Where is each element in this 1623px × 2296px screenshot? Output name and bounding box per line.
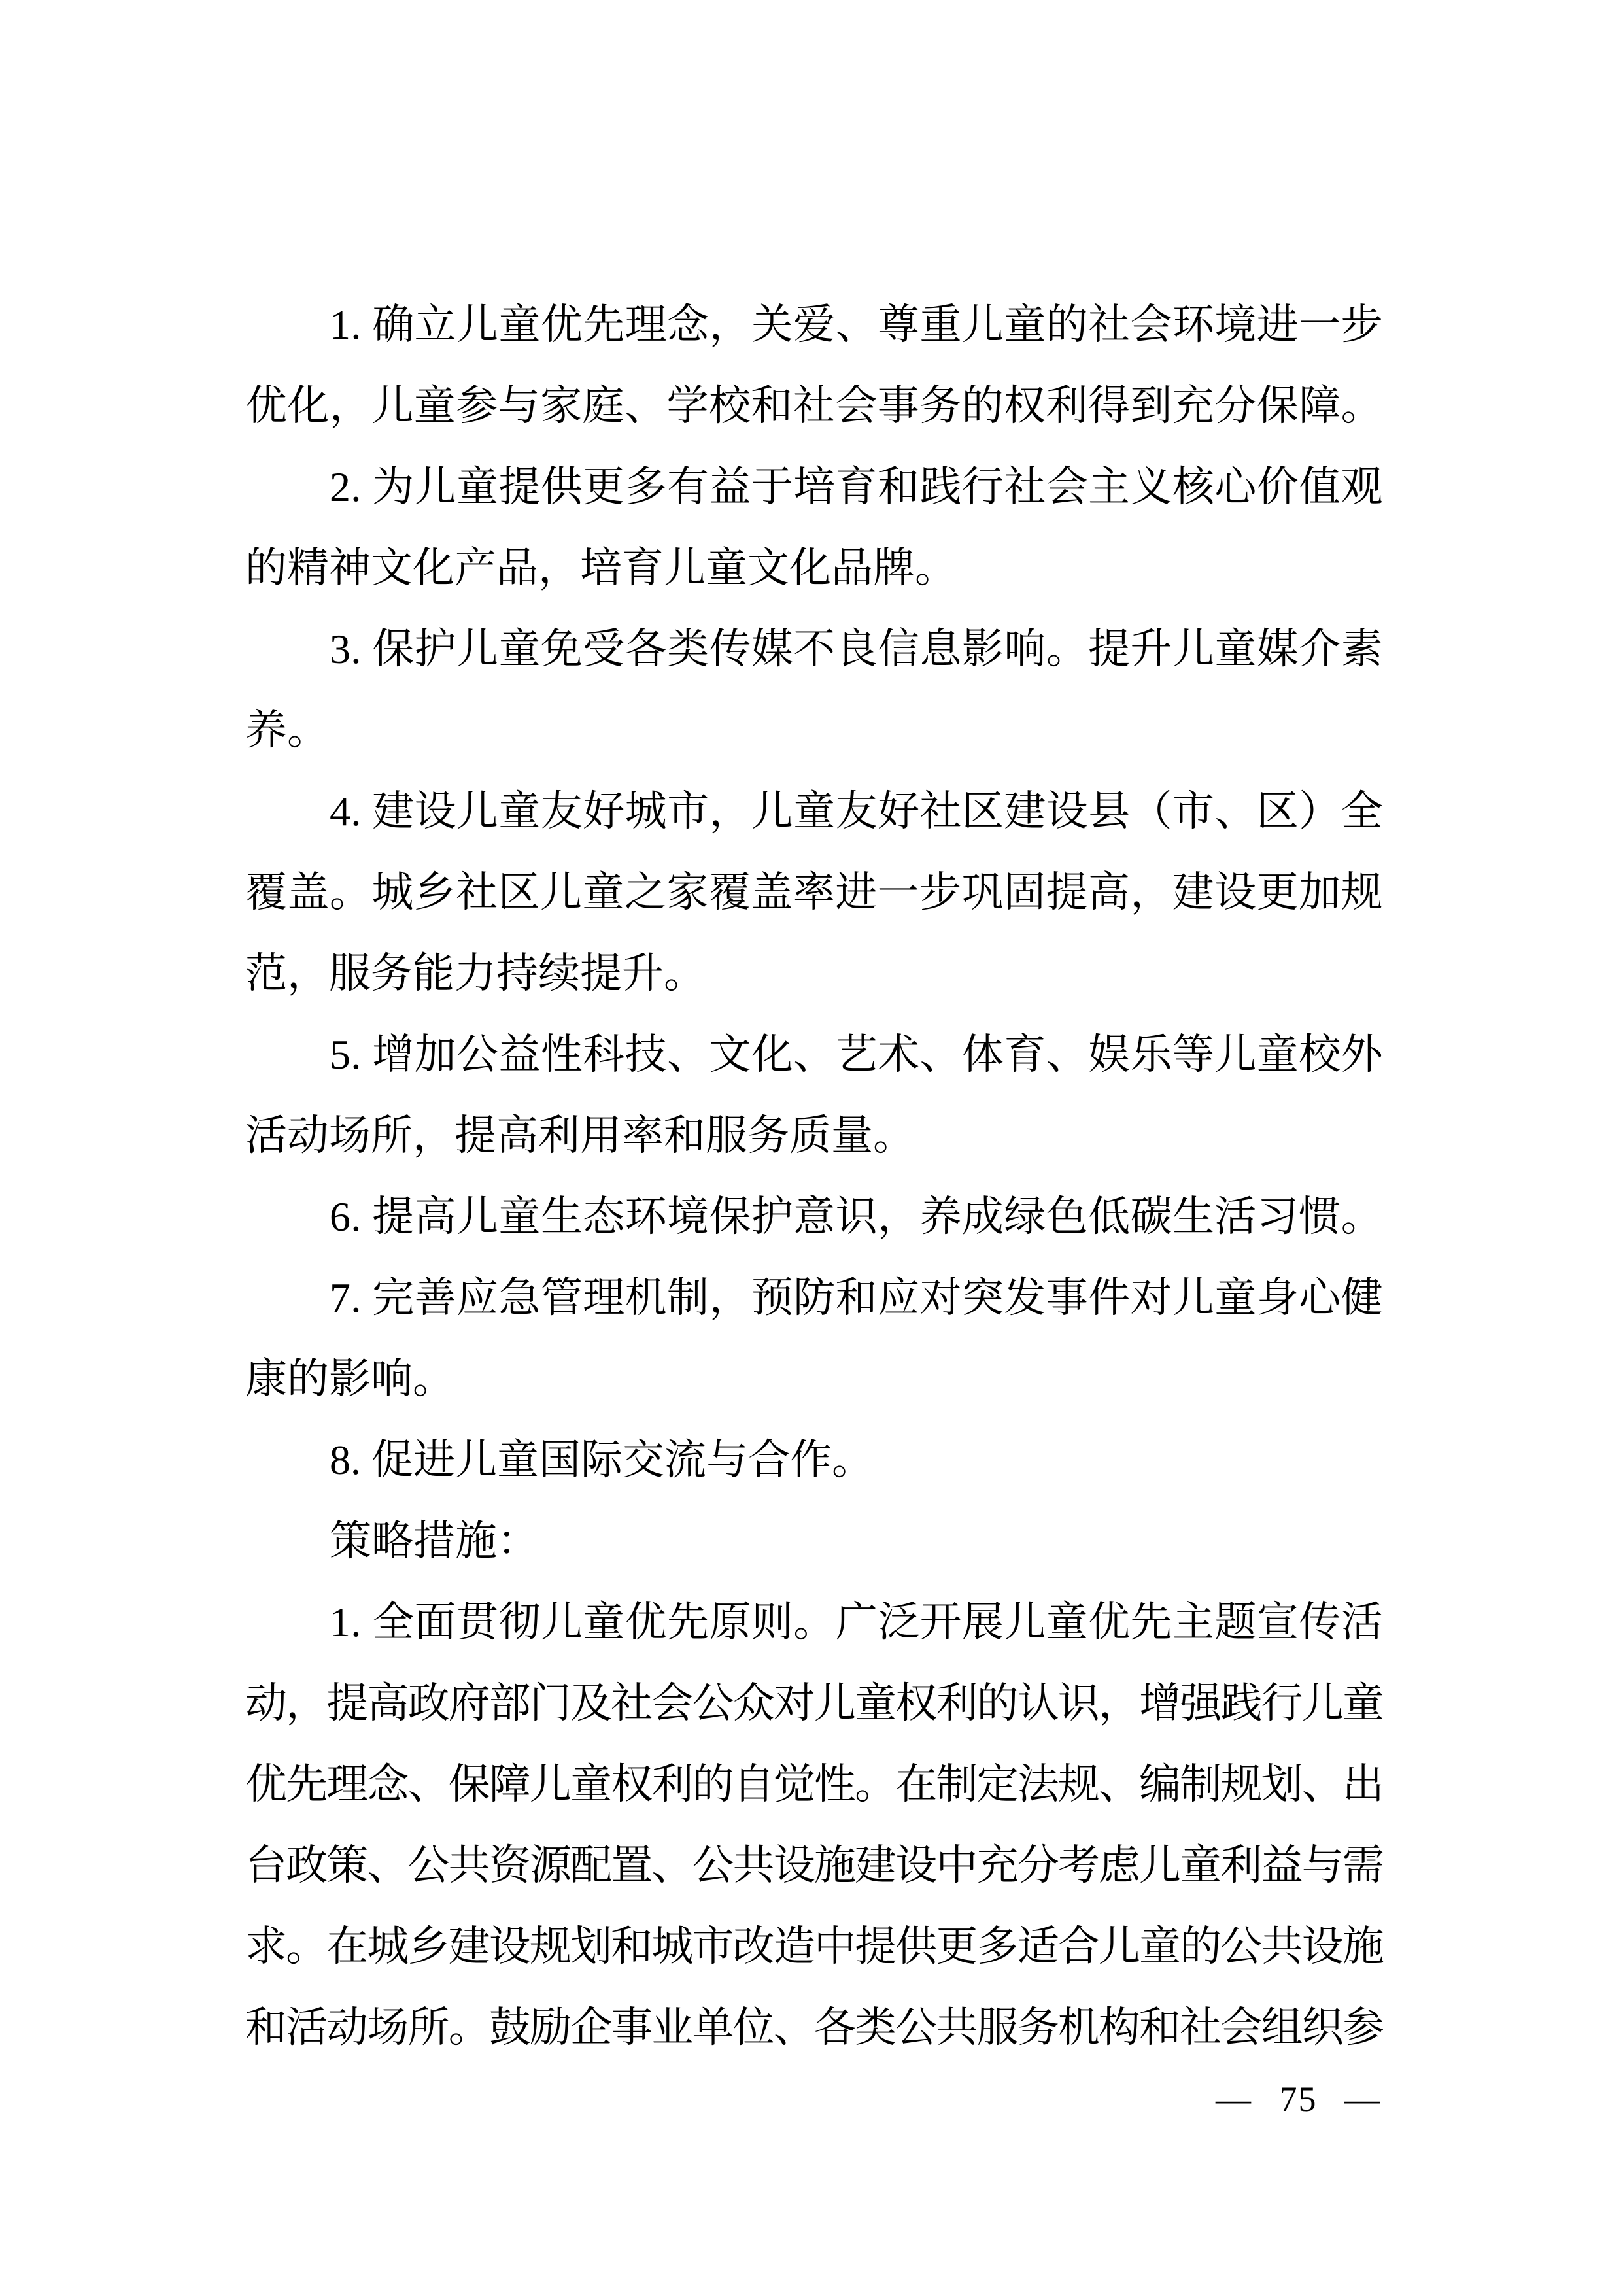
text-line: 活动场所，提高利用率和服务质量。 [245, 1095, 1383, 1176]
text-line: 6. 提高儿童生态环境保护意识，养成绿色低碳生活习惯。 [245, 1176, 1383, 1258]
text-line: 优先理念、保障儿童权利的自觉性。在制定法规、编制规划、出 [245, 1744, 1383, 1825]
text-line: 8. 促进儿童国际交流与合作。 [245, 1420, 1383, 1501]
text-line: 康的影响。 [245, 1339, 1383, 1420]
page-number: — 75 — [1216, 2078, 1381, 2120]
text-line: 7. 完善应急管理机制，预防和应对突发事件对儿童身心健 [245, 1258, 1383, 1339]
text-line: 5. 增加公益性科技、文化、艺术、体育、娱乐等儿童校外 [245, 1014, 1383, 1095]
text-line: 求。在城乡建设规划和城市改造中提供更多适合儿童的公共设施 [245, 1906, 1383, 1987]
text-line: 的精神文化产品，培育儿童文化品牌。 [245, 528, 1383, 609]
text-line: 策略措施： [245, 1501, 1383, 1582]
text-line: 1. 确立儿童优先理念，关爱、尊重儿童的社会环境进一步 [245, 284, 1383, 366]
document-body: 1. 确立儿童优先理念，关爱、尊重儿童的社会环境进一步优化，儿童参与家庭、学校和… [245, 284, 1383, 2068]
text-line: 和活动场所。鼓励企事业单位、各类公共服务机构和社会组织参 [245, 1987, 1383, 2068]
text-line: 台政策、公共资源配置、公共设施建设中充分考虑儿童利益与需 [245, 1825, 1383, 1906]
text-line: 1. 全面贯彻儿童优先原则。广泛开展儿童优先主题宣传活 [245, 1582, 1383, 1663]
text-line: 覆盖。城乡社区儿童之家覆盖率进一步巩固提高，建设更加规 [245, 852, 1383, 933]
text-line: 4. 建设儿童友好城市，儿童友好社区建设县（市、区）全 [245, 771, 1383, 852]
text-line: 范，服务能力持续提升。 [245, 933, 1383, 1014]
text-line: 2. 为儿童提供更多有益于培育和践行社会主义核心价值观 [245, 447, 1383, 528]
text-line: 优化，儿童参与家庭、学校和社会事务的权利得到充分保障。 [245, 366, 1383, 447]
document-page: 1. 确立儿童优先理念，关爱、尊重儿童的社会环境进一步优化，儿童参与家庭、学校和… [0, 0, 1623, 2296]
text-line: 动，提高政府部门及社会公众对儿童权利的认识，增强践行儿童 [245, 1663, 1383, 1744]
text-line: 3. 保护儿童免受各类传媒不良信息影响。提升儿童媒介素 [245, 609, 1383, 690]
text-line: 养。 [245, 690, 1383, 771]
